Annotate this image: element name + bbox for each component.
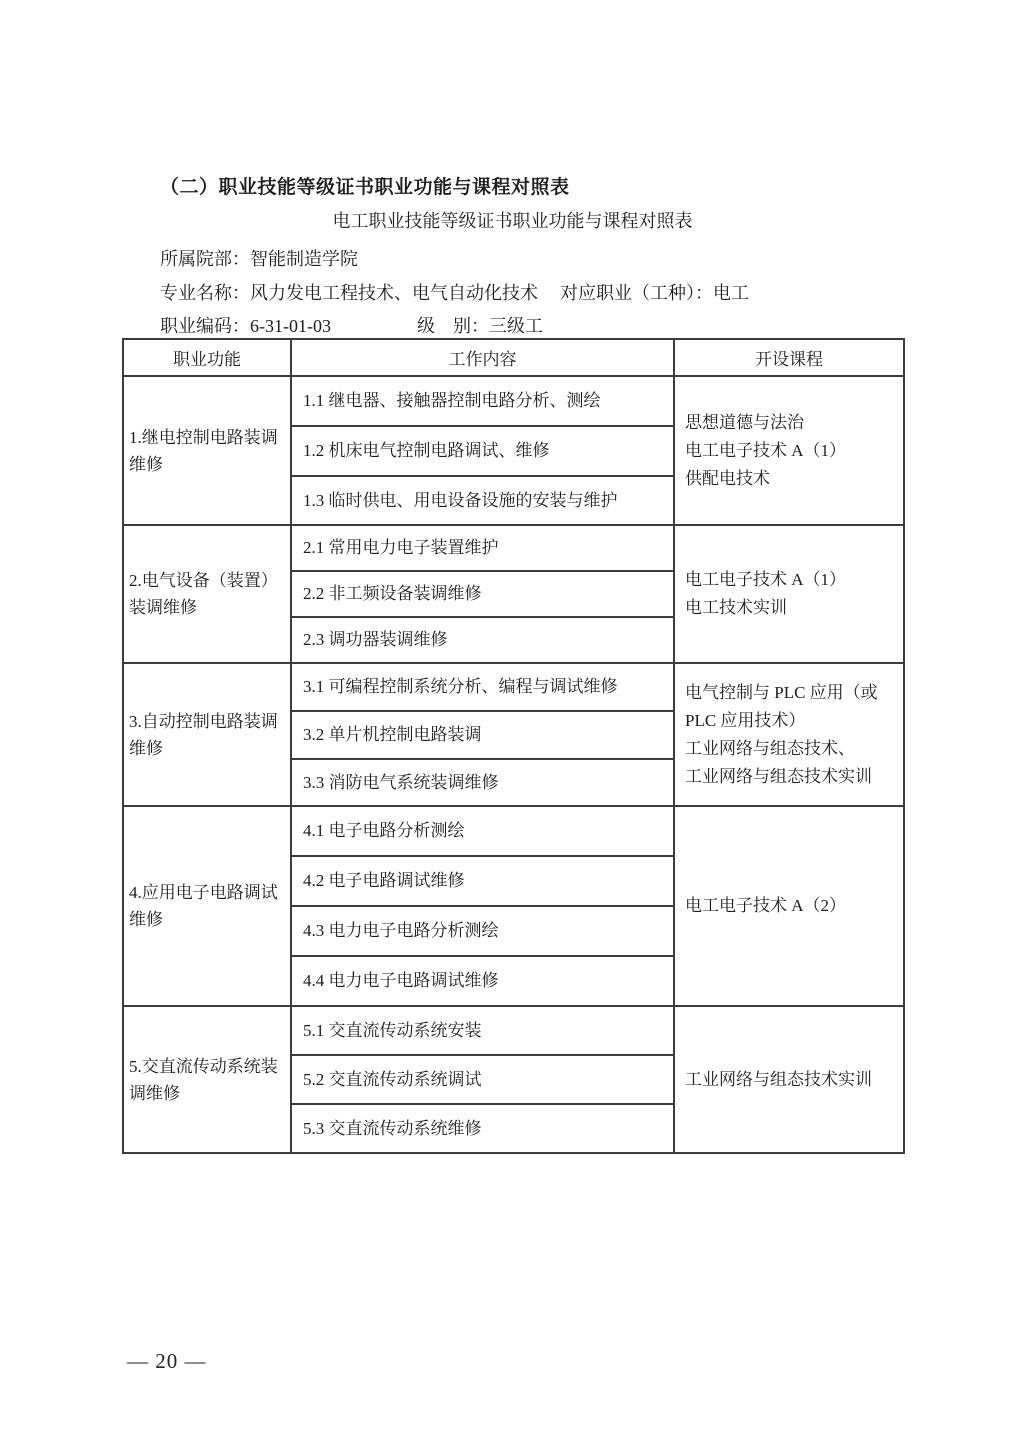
department-label: 所属院部： [160, 249, 250, 269]
major-value: 风力发电工程技术、电气自动化技术 [250, 283, 538, 303]
task-cell: 3.3 消防电气系统装调维修 [291, 759, 674, 806]
courses-cell: 工业网络与组态技术实训 [674, 1006, 904, 1153]
courses-cell: 电工电子技术 A（1）电工技术实训 [674, 525, 904, 663]
occupation-label: 对应职业（工种）： [560, 283, 713, 303]
meta-department-line: 所属院部：智能制造学院 [122, 249, 903, 269]
task-cell: 2.1 常用电力电子装置维护 [291, 525, 674, 571]
table-row: 2.电气设备（装置）装调维修2.1 常用电力电子装置维护电工电子技术 A（1）电… [123, 525, 904, 571]
occupation-value: 电工 [713, 283, 749, 303]
level-label: 级 别： [417, 316, 489, 336]
page-number: — 20 — [127, 1349, 207, 1374]
table-row: 5.交直流传动系统装调维修5.1 交直流传动系统安装工业网络与组态技术实训 [123, 1006, 904, 1055]
function-cell: 1.继电控制电路装调维修 [123, 376, 291, 525]
code-label: 职业编码： [160, 316, 250, 336]
task-cell: 1.3 临时供电、用电设备设施的安装与维护 [291, 476, 674, 525]
table-row: 4.应用电子电路调试维修4.1 电子电路分析测绘电工电子技术 A（2） [123, 806, 904, 856]
courses-cell: 思想道德与法治电工电子技术 A（1）供配电技术 [674, 376, 904, 525]
table-row: 3.自动控制电路装调维修3.1 可编程控制系统分析、编程与调试维修电气控制与 P… [123, 663, 904, 711]
task-cell: 5.2 交直流传动系统调试 [291, 1055, 674, 1104]
function-cell: 2.电气设备（装置）装调维修 [123, 525, 291, 663]
table-title: 电工职业技能等级证书职业功能与课程对照表 [122, 210, 903, 232]
code-value: 6-31-01-03 [250, 316, 331, 336]
courses-cell: 电工电子技术 A（2） [674, 806, 904, 1006]
task-cell: 5.1 交直流传动系统安装 [291, 1006, 674, 1055]
function-course-mapping-table: 职业功能 工作内容 开设课程 1.继电控制电路装调维修1.1 继电器、接触器控制… [122, 338, 905, 1154]
task-cell: 4.4 电力电子电路调试维修 [291, 956, 674, 1006]
function-cell: 4.应用电子电路调试维修 [123, 806, 291, 1006]
section-heading: （二）职业技能等级证书职业功能与课程对照表 [122, 177, 903, 199]
task-cell: 4.2 电子电路调试维修 [291, 856, 674, 906]
task-cell: 2.2 非工频设备装调维修 [291, 571, 674, 617]
task-cell: 4.1 电子电路分析测绘 [291, 806, 674, 856]
major-label: 专业名称： [160, 283, 250, 303]
col-header-function: 职业功能 [123, 339, 291, 376]
meta-code-level-line: 职业编码：6-31-01-03级 别：三级工 [122, 316, 903, 336]
col-header-courses: 开设课程 [674, 339, 904, 376]
task-cell: 3.1 可编程控制系统分析、编程与调试维修 [291, 663, 674, 711]
department-value: 智能制造学院 [250, 249, 358, 269]
col-header-work-content: 工作内容 [291, 339, 674, 376]
task-cell: 1.2 机床电气控制电路调试、维修 [291, 426, 674, 476]
function-cell: 5.交直流传动系统装调维修 [123, 1006, 291, 1153]
function-cell: 3.自动控制电路装调维修 [123, 663, 291, 806]
table-row: 1.继电控制电路装调维修1.1 继电器、接触器控制电路分析、测绘思想道德与法治电… [123, 376, 904, 426]
level-value: 三级工 [489, 316, 543, 336]
task-cell: 5.3 交直流传动系统维修 [291, 1104, 674, 1153]
task-cell: 4.3 电力电子电路分析测绘 [291, 906, 674, 956]
table-header-row: 职业功能 工作内容 开设课程 [123, 339, 904, 376]
task-cell: 2.3 调功器装调维修 [291, 617, 674, 663]
meta-major-line: 专业名称：风力发电工程技术、电气自动化技术对应职业（工种）：电工 [122, 283, 903, 303]
courses-cell: 电气控制与 PLC 应用（或PLC 应用技术）工业网络与组态技术、工业网络与组态… [674, 663, 904, 806]
task-cell: 1.1 继电器、接触器控制电路分析、测绘 [291, 376, 674, 426]
task-cell: 3.2 单片机控制电路装调 [291, 711, 674, 759]
document-page: （二）职业技能等级证书职业功能与课程对照表 电工职业技能等级证书职业功能与课程对… [0, 0, 1024, 1448]
